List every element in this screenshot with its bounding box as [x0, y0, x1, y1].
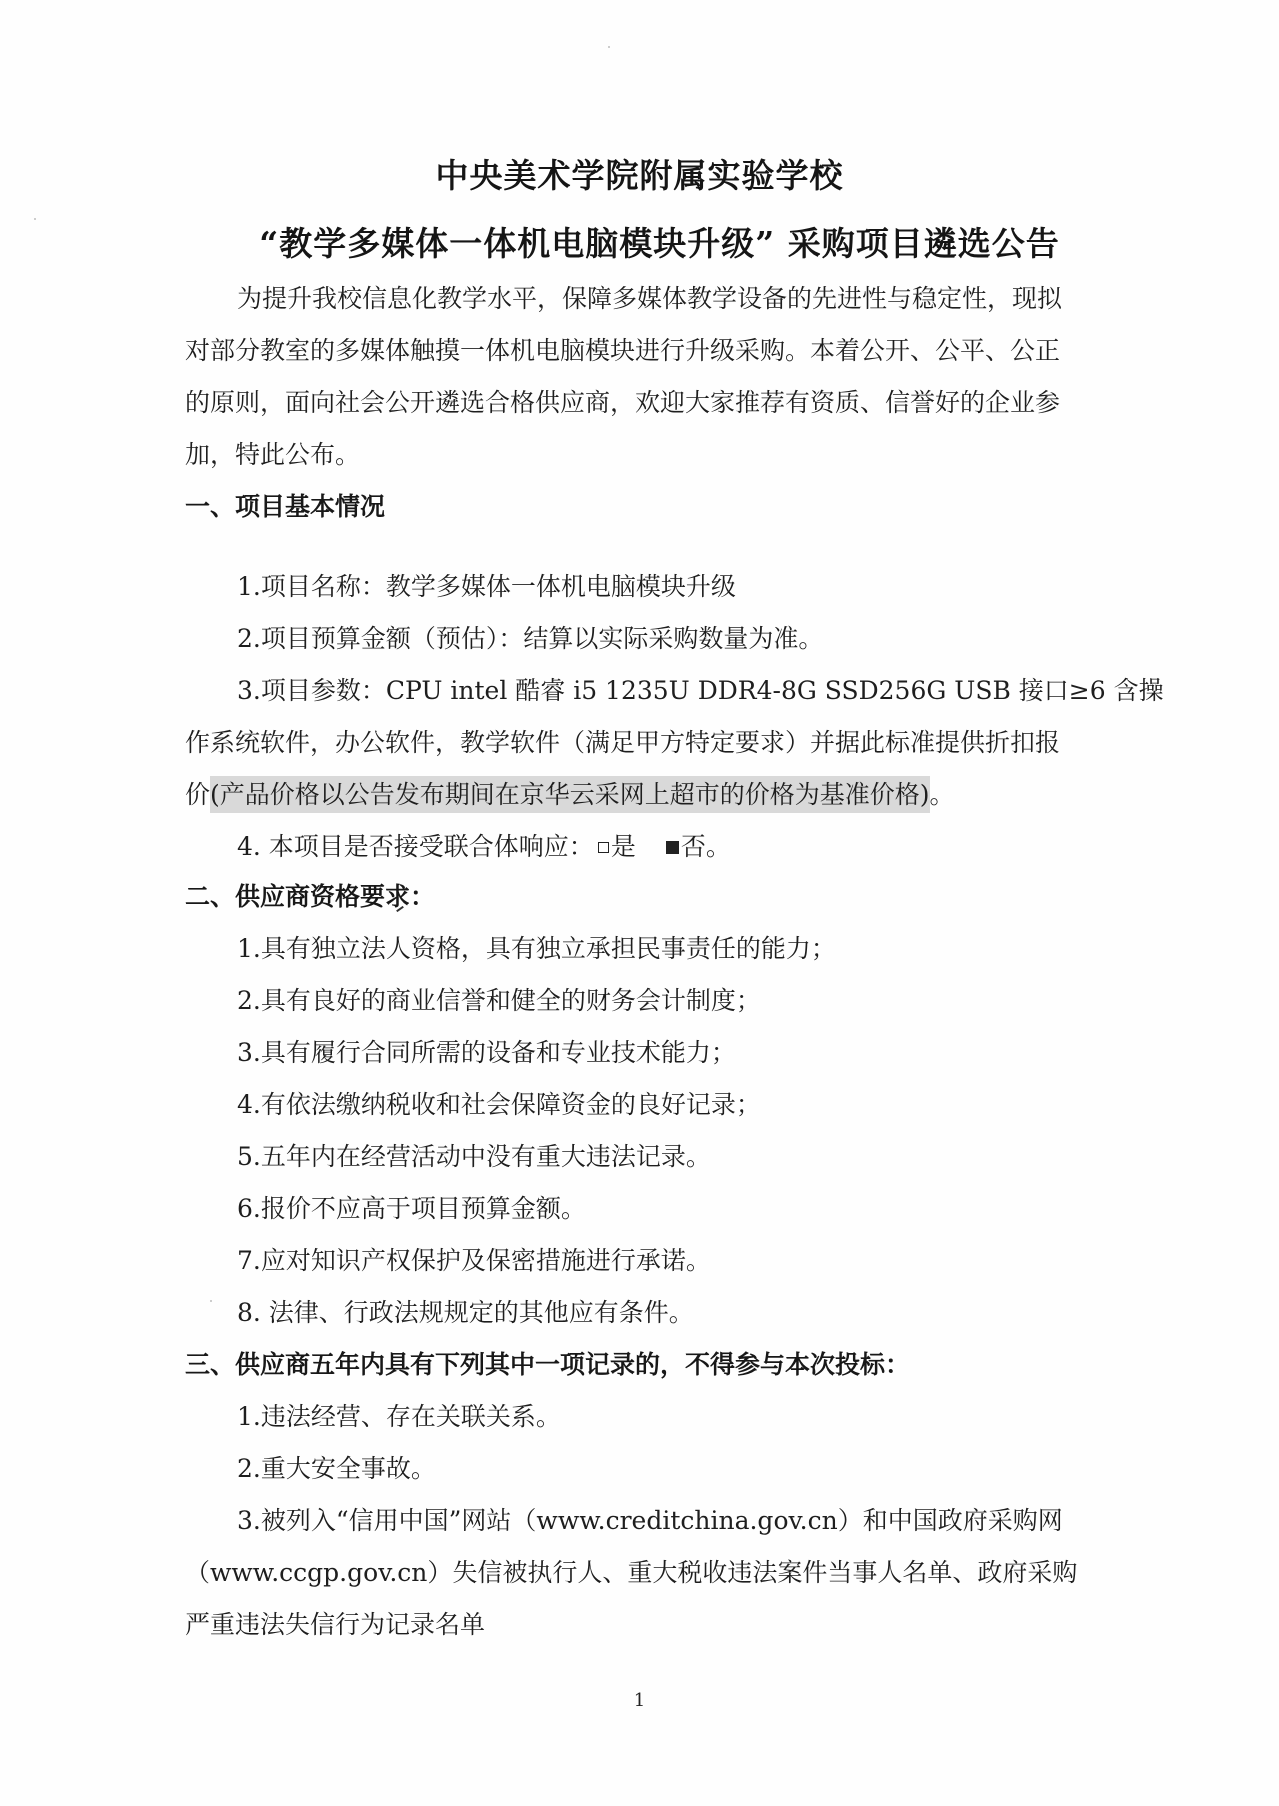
section-3-item-1: 1.违法经营、存在关联关系。 — [237, 1400, 561, 1434]
document-title-school: 中央美术学院附属实验学校 — [0, 150, 1279, 197]
section-3-heading: 三、供应商五年内具有下列其中一项记录的，不得参与本次投标： — [185, 1348, 910, 1382]
intro-line-4: 加，特此公布。 — [185, 438, 360, 472]
section-2-item-4: 4.有依法缴纳税收和社会保障资金的良好记录； — [237, 1088, 761, 1122]
section-2-item-2: 2.具有良好的商业信誉和健全的财务会计制度； — [237, 984, 761, 1018]
section-3-item-2: 2.重大安全事故。 — [237, 1452, 436, 1486]
highlighted-price-note: (产品价格以公告发布期间在京华云采网上超市的价格为基准价格) — [210, 776, 930, 813]
section-2-item-7: 7.应对知识产权保护及保密措施进行承诺。 — [237, 1244, 711, 1278]
section-1-item-3-line-1: 3.项目参数：CPU intel 酷睿 i5 1235U DDR4-8G SSD… — [237, 674, 1164, 708]
section-3-item-3-line-1: 3.被列入“信用中国”网站（www.creditchina.gov.cn）和中国… — [237, 1504, 1063, 1538]
checkbox-no-checked-icon — [666, 841, 679, 854]
section-2-item-1: 1.具有独立法人资格，具有独立承担民事责任的能力； — [237, 932, 836, 966]
section-2-item-8: 8. 法律、行政法规规定的其他应有条件。 — [237, 1296, 694, 1330]
document-page: 中央美术学院附属实验学校 “教学多媒体一体机电脑模块升级” 采购项目遴选公告 为… — [0, 0, 1279, 1806]
item-4-question: 4. 本项目是否接受联合体响应： — [237, 832, 594, 861]
intro-line-3: 的原则，面向社会公开遴选合格供应商，欢迎大家推荐有资质、信誉好的企业参 — [185, 386, 1060, 420]
scan-speck — [210, 1300, 212, 1302]
section-1-item-3-line-2: 作系统软件，办公软件，教学软件（满足甲方特定要求）并据此标准提供折扣报 — [185, 726, 1060, 760]
section-1-heading: 一、项目基本情况 — [185, 490, 385, 524]
scan-speck — [608, 46, 610, 48]
page-number: 1 — [0, 1690, 1279, 1711]
section-3-item-3-line-2: （www.ccgp.gov.cn）失信被执行人、重大税收违法案件当事人名单、政府… — [185, 1556, 1077, 1590]
section-1-item-1: 1.项目名称：教学多媒体一体机电脑模块升级 — [237, 570, 736, 604]
intro-line-2: 对部分教室的多媒体触摸一体机电脑模块进行升级采购。本着公开、公平、公正 — [185, 334, 1060, 368]
section-2-item-6: 6.报价不应高于项目预算金额。 — [237, 1192, 586, 1226]
checkbox-yes-unchecked-icon — [598, 842, 609, 853]
section-2-item-3: 3.具有履行合同所需的设备和专业技术能力； — [237, 1036, 736, 1070]
document-title-announcement: “教学多媒体一体机电脑模块升级” 采购项目遴选公告 — [20, 218, 1279, 265]
intro-line-1: 为提升我校信息化教学水平，保障多媒体教学设备的先进性与稳定性，现拟 — [237, 282, 1062, 316]
option-no-label: 否。 — [681, 832, 731, 861]
item-3-suffix: 。 — [930, 780, 955, 809]
section-1-item-4: 4. 本项目是否接受联合体响应：是否。 — [237, 830, 731, 864]
section-1-item-3-line-3: 价(产品价格以公告发布期间在京华云采网上超市的价格为基准价格)。 — [185, 778, 955, 812]
section-2-item-5: 5.五年内在经营活动中没有重大违法记录。 — [237, 1140, 711, 1174]
section-3-item-3-line-3: 严重违法失信行为记录名单 — [185, 1608, 485, 1642]
option-yes-label: 是 — [611, 832, 636, 861]
section-1-item-2: 2.项目预算金额（预估）：结算以实际采购数量为准。 — [237, 622, 823, 656]
item-3-prefix: 价 — [185, 780, 210, 809]
